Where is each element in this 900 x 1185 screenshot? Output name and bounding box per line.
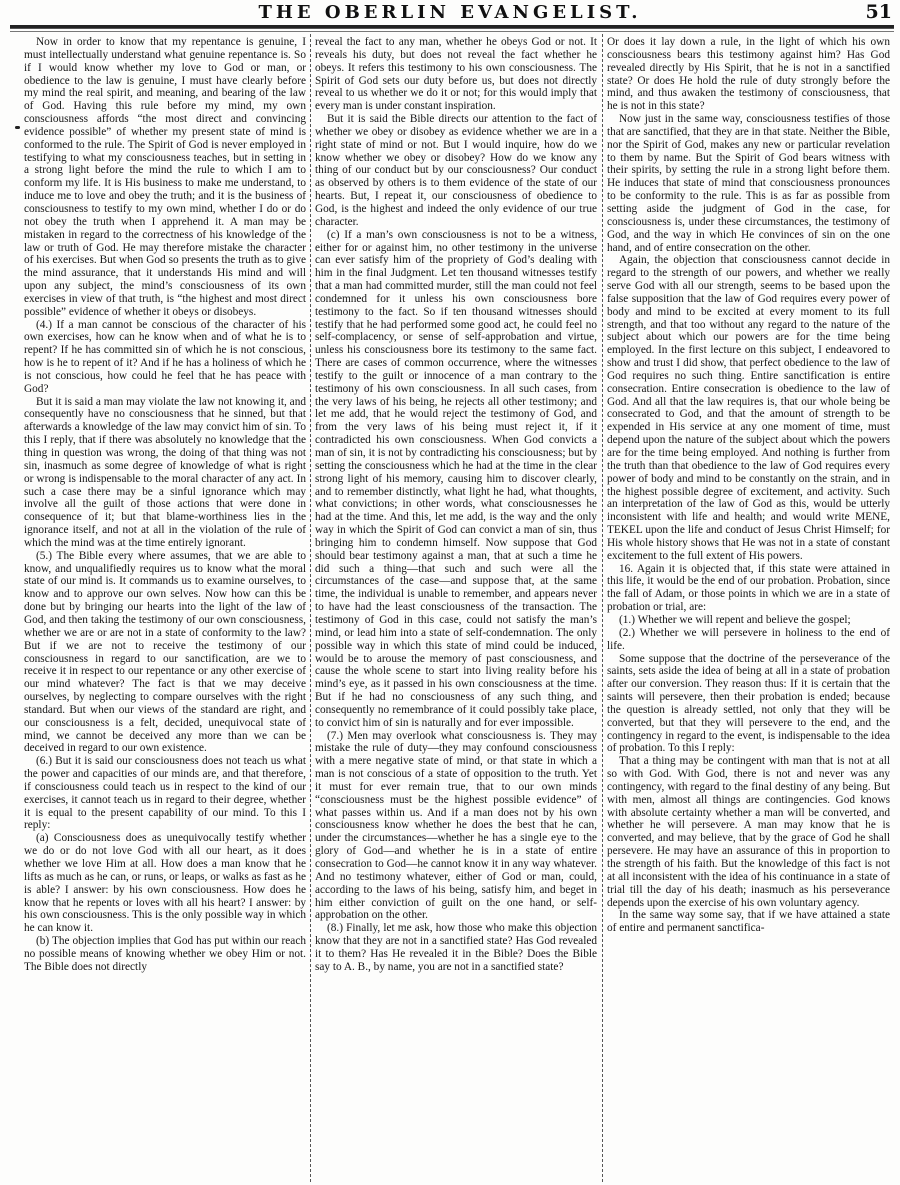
paragraph: (8.) Finally, let me ask, how those who … bbox=[315, 922, 597, 973]
header-rule bbox=[10, 25, 894, 29]
header-rule-thin bbox=[10, 31, 894, 32]
paragraph: But it is said the Bible directs our att… bbox=[315, 113, 597, 229]
paragraph: (6.) But it is said our consciousness do… bbox=[24, 755, 306, 832]
page-number: 51 bbox=[866, 1, 892, 23]
text-column-1: Now in order to know that my repentance … bbox=[24, 36, 306, 1181]
paragraph: Again, the objection that consciousness … bbox=[607, 254, 890, 562]
ink-mark-icon bbox=[15, 126, 20, 129]
paragraph: But it is said a man may violate the law… bbox=[24, 396, 306, 550]
paragraph: (2.) Whether we will persevere in holine… bbox=[607, 627, 890, 653]
text-column-3: Or does it lay down a rule, in the light… bbox=[607, 36, 890, 1181]
paragraph: Now in order to know that my repentance … bbox=[24, 36, 306, 319]
paragraph: (b) The objection implies that God has p… bbox=[24, 935, 306, 974]
paragraph: (a) Consciousness does as unequivocally … bbox=[24, 832, 306, 935]
masthead: THE OBERLIN EVANGELIST. 51 bbox=[0, 0, 900, 24]
column-divider bbox=[310, 34, 311, 1182]
newspaper-page: THE OBERLIN EVANGELIST. 51 Now in order … bbox=[0, 0, 900, 1185]
paragraph: Now just in the same way, consciousness … bbox=[607, 113, 890, 254]
newspaper-title: THE OBERLIN EVANGELIST. bbox=[0, 2, 900, 23]
paragraph: That a thing may be contingent with man … bbox=[607, 755, 890, 909]
paragraph: (4.) If a man cannot be conscious of the… bbox=[24, 319, 306, 396]
column-divider bbox=[602, 34, 603, 1182]
paragraph: (5.) The Bible every where assumes, that… bbox=[24, 550, 306, 756]
paragraph: (7.) Men may overlook what consciousness… bbox=[315, 730, 597, 923]
paragraph: reveal the fact to any man, whether he o… bbox=[315, 36, 597, 113]
paragraph: (c) If a man’s own consciousness is not … bbox=[315, 229, 597, 730]
paragraph: Some suppose that the doctrine of the pe… bbox=[607, 653, 890, 756]
text-column-2: reveal the fact to any man, whether he o… bbox=[315, 36, 597, 1181]
paragraph: In the same way some say, that if we hav… bbox=[607, 909, 890, 935]
paragraph: Or does it lay down a rule, in the light… bbox=[607, 36, 890, 113]
paragraph: (1.) Whether we will repent and believe … bbox=[607, 614, 890, 627]
paragraph: 16. Again it is objected that, if this s… bbox=[607, 563, 890, 614]
